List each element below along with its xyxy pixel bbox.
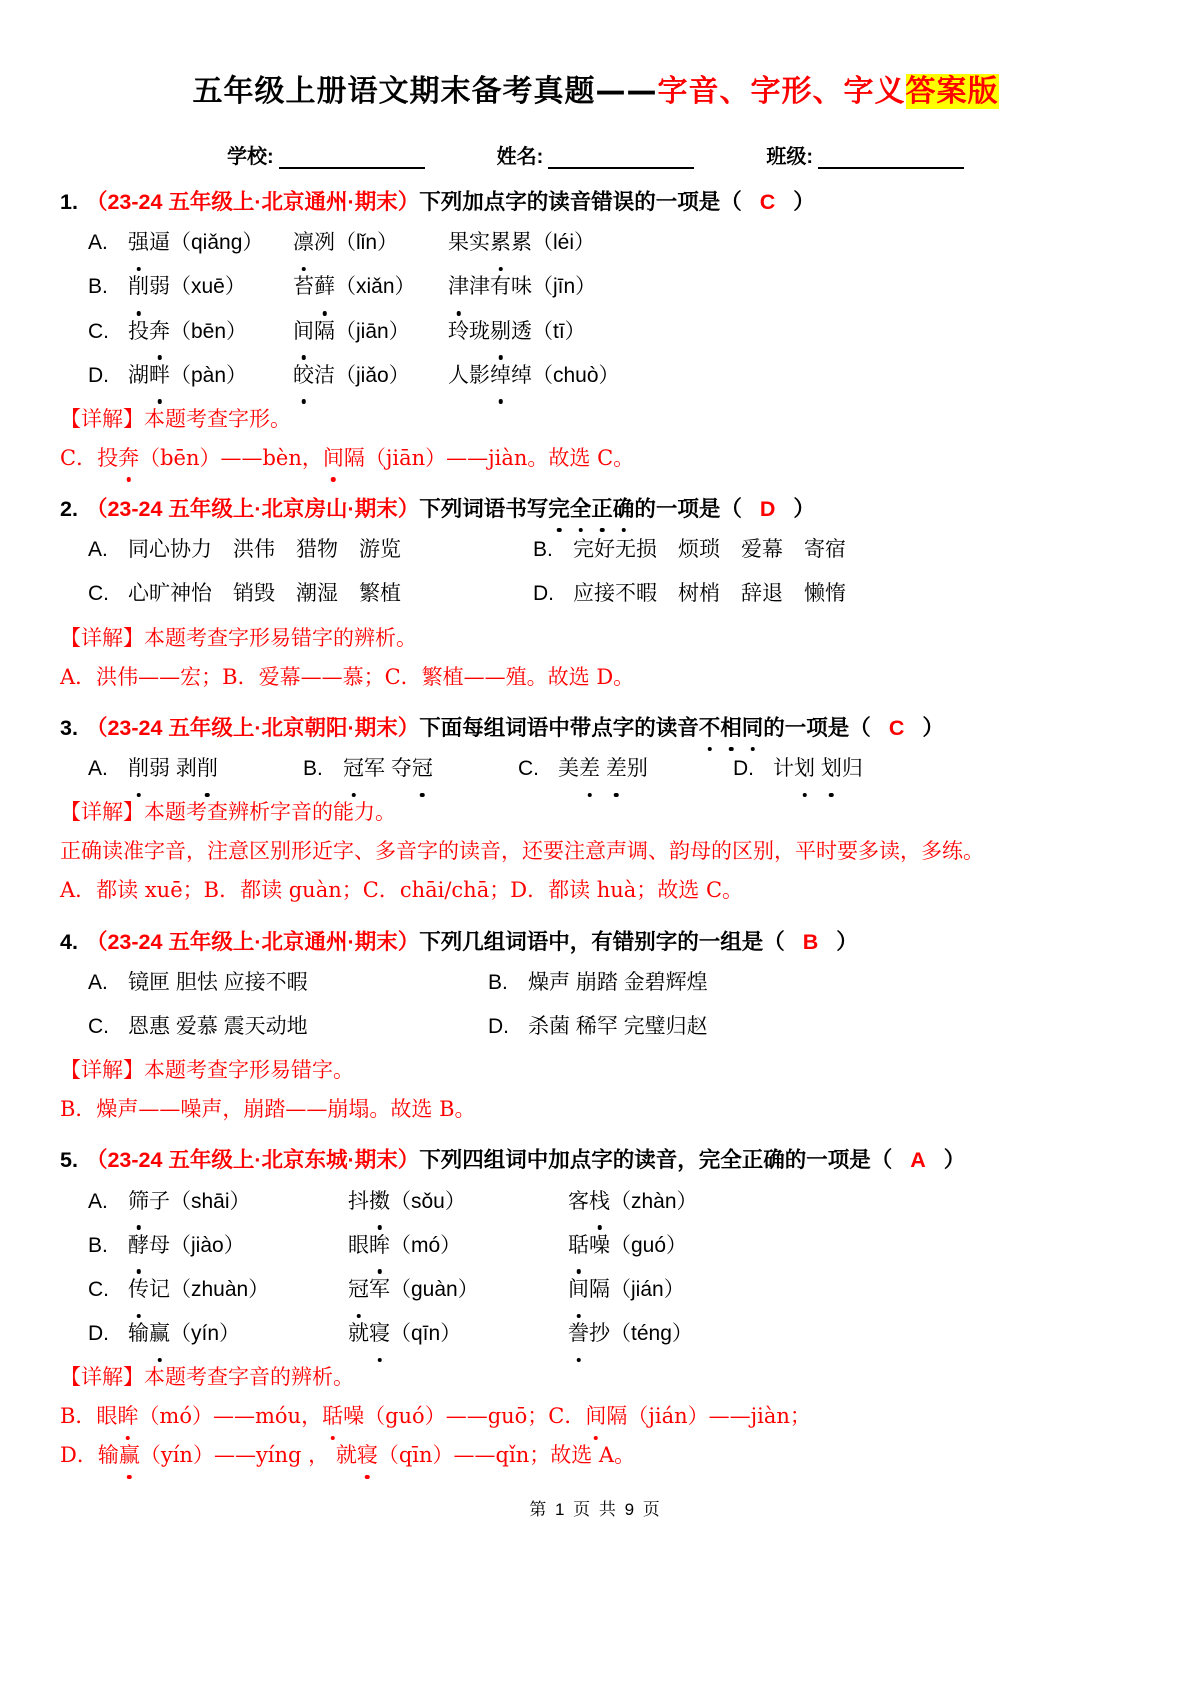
explanation-line: 【详解】本题考查辨析字音的能力。 <box>60 794 1131 830</box>
option-row-c: C.投奔（bēn）间隔（jiān）玲珑剔透（tī） <box>88 310 1131 354</box>
option-words: 应接不暇 树梢 辞退 懒惰 <box>573 572 846 616</box>
option-word: 间隔（jián） <box>568 1268 685 1312</box>
class-blank-line <box>818 145 964 169</box>
option-word: 眼眸（mó） <box>348 1224 568 1268</box>
option-words: 完好无损 烦琐 爱幕 寄宿 <box>573 528 846 572</box>
question-source: （23-24 五年级上·北京东城·期末） <box>86 1148 419 1172</box>
school-field: 学校: <box>227 140 425 169</box>
explanation-line: 【详解】本题考查字音的辨析。 <box>60 1359 1131 1395</box>
option-row-d: D.输赢（yín）就寝（qīn）誊抄（téng） <box>88 1312 1131 1356</box>
question-source: （23-24 五年级上·北京房山·期末） <box>86 497 419 521</box>
option-label: B. <box>488 961 528 1005</box>
option-words: 美差 差别 <box>558 747 648 791</box>
question-text: 下面每组词语中带点字的读音不相同的一项是（ <box>419 716 871 740</box>
option-row-a: A.筛子（shāi）抖擞（sǒu）客栈（zhàn） <box>88 1180 1131 1224</box>
question-1-stem: 1.（23-24 五年级上·北京通州·期末）下列加点字的读音错误的一项是（C） <box>60 185 1131 219</box>
question-text-tail: ） <box>922 716 944 740</box>
question-source: （23-24 五年级上·北京通州·期末） <box>86 190 419 214</box>
question-text-tail: ） <box>944 1148 966 1172</box>
question-3: 3.（23-24 五年级上·北京朝阳·期末）下面每组词语中带点字的读音不相同的一… <box>60 711 1131 909</box>
header-fields: 学校: 姓名: 班级: <box>60 140 1131 169</box>
option-b: B.燥声 崩踏 金碧辉煌 <box>488 961 708 1005</box>
title-black-part: 五年级上册语文期末备考真题—— <box>193 74 658 109</box>
option-label: D. <box>533 572 573 616</box>
option-words: 计划 划归 <box>773 747 863 791</box>
option-row-b: B.酵母（jiào）眼眸（mó）聒噪（guó） <box>88 1224 1131 1268</box>
question-number: 5. <box>60 1148 78 1172</box>
option-label: D. <box>88 354 128 398</box>
option-words: 同心协力 洪伟 猎物 游览 <box>128 528 401 572</box>
document-page: 五年级上册语文期末备考真题——字音、字形、字义答案版 学校: 姓名: 班级: 1… <box>0 0 1191 1684</box>
option-d: D.杀菌 稀罕 完璧归赵 <box>488 1005 708 1049</box>
explanation-line: 【详解】本题考查字形易错字。 <box>60 1052 1131 1088</box>
option-label: B. <box>88 265 128 309</box>
option-word: 投奔（bēn） <box>128 310 293 354</box>
explanation-line: B．燥声——噪声，崩踏——崩塌。故选 B。 <box>60 1091 1131 1127</box>
question-5: 5.（23-24 五年级上·北京东城·期末）下列四组词中加点字的读音，完全正确的… <box>60 1143 1131 1473</box>
option-row-cd: C.心旷神怡 销毁 潮湿 繁植 D.应接不暇 树梢 辞退 懒惰 <box>88 572 1131 616</box>
option-b: B.冠军 夺冠 <box>303 747 518 791</box>
title-highlighted-part: 答案版 <box>906 74 999 109</box>
option-words: 燥声 崩踏 金碧辉煌 <box>528 961 708 1005</box>
option-words: 恩惠 爱慕 震天动地 <box>128 1005 308 1049</box>
question-4: 4.（23-24 五年级上·北京通州·期末）下列几组词语中，有错别字的一组是（B… <box>60 925 1131 1128</box>
option-label: C. <box>88 1005 128 1049</box>
explanation-line: 【详解】本题考查字形。 <box>60 401 1131 437</box>
option-label: C. <box>88 310 128 354</box>
option-word: 间隔（jiān） <box>293 310 448 354</box>
explanation-line: 【详解】本题考查字形易错字的辨析。 <box>60 620 1131 656</box>
option-word: 冠军（guàn） <box>348 1268 568 1312</box>
option-label: B. <box>303 747 343 791</box>
option-word: 抖擞（sǒu） <box>348 1180 568 1224</box>
option-row-c: C.传记（zhuàn）冠军（guàn）间隔（jián） <box>88 1268 1131 1312</box>
option-label: C. <box>88 572 128 616</box>
option-row-d: D.湖畔（pàn）皎洁（jiǎo）人影绰绰（chuò） <box>88 354 1131 398</box>
option-c: C.心旷神怡 销毁 潮湿 繁植 <box>88 572 533 616</box>
option-label: A. <box>88 221 128 265</box>
question-2-stem: 2.（23-24 五年级上·北京房山·期末）下列词语书写完全正确的一项是（D） <box>60 492 1131 526</box>
question-source: （23-24 五年级上·北京通州·期末） <box>86 930 419 954</box>
option-b: B.完好无损 烦琐 爱幕 寄宿 <box>533 528 846 572</box>
option-word: 誊抄（téng） <box>568 1312 693 1356</box>
option-words: 镜匣 胆怯 应接不暇 <box>128 961 308 1005</box>
option-word: 人影绰绰（chuò） <box>448 354 620 398</box>
title-red-part: 字音、字形、字义 <box>658 74 906 109</box>
option-words: 杀菌 稀罕 完璧归赵 <box>528 1005 708 1049</box>
option-words: 削弱 剥削 <box>128 747 218 791</box>
question-text-tail: ） <box>836 930 858 954</box>
option-label: A. <box>88 961 128 1005</box>
option-label: A. <box>88 528 128 572</box>
option-c: C.恩惠 爱慕 震天动地 <box>88 1005 488 1049</box>
option-d: D.应接不暇 树梢 辞退 懒惰 <box>533 572 846 616</box>
option-label: B. <box>88 1224 128 1268</box>
option-word: 输赢（yín） <box>128 1312 348 1356</box>
explanation-line: D．输赢（yín）——yíng ， 就寝（qīn）——qǐn；故选 A。 <box>60 1437 1131 1473</box>
option-label: D. <box>733 747 773 791</box>
option-word: 湖畔（pàn） <box>128 354 293 398</box>
option-word: 削弱（xuē） <box>128 265 293 309</box>
option-word: 强逼（qiǎng） <box>128 221 293 265</box>
explanation-line: A．都读 xuē；B．都读 guàn；C．chāi/chā；D．都读 huà；故… <box>60 872 1131 908</box>
question-number: 1. <box>60 190 78 214</box>
option-a: A.削弱 剥削 <box>88 747 303 791</box>
question-text: 下列加点字的读音错误的一项是（ <box>419 190 742 214</box>
class-label: 班级: <box>766 140 813 169</box>
option-a: A.镜匣 胆怯 应接不暇 <box>88 961 488 1005</box>
option-word: 苔藓（xiǎn） <box>293 265 448 309</box>
option-c: C.美差 差别 <box>518 747 733 791</box>
option-row-ab: A.同心协力 洪伟 猎物 游览 B.完好无损 烦琐 爱幕 寄宿 <box>88 528 1131 572</box>
option-word: 津津有味（jīn） <box>448 265 596 309</box>
page-number: 第 1 页 共 9 页 <box>0 1495 1191 1520</box>
explanation-line: C．投奔（bēn）——bèn，间隔（jiān）——jiàn。故选 C。 <box>60 440 1131 476</box>
question-number: 3. <box>60 716 78 740</box>
question-4-stem: 4.（23-24 五年级上·北京通州·期末）下列几组词语中，有错别字的一组是（B… <box>60 925 1131 959</box>
question-number: 2. <box>60 497 78 521</box>
option-word: 聒噪（guó） <box>568 1224 687 1268</box>
option-word: 筛子（shāi） <box>128 1180 348 1224</box>
answer-letter: A <box>892 1148 944 1172</box>
question-text: 下列几组词语中，有错别字的一组是（ <box>419 930 785 954</box>
answer-letter: D <box>742 497 794 521</box>
name-blank-line <box>548 145 694 169</box>
school-label: 学校: <box>227 140 274 169</box>
question-1: 1.（23-24 五年级上·北京通州·期末）下列加点字的读音错误的一项是（C） … <box>60 185 1131 476</box>
option-word: 酵母（jiào） <box>128 1224 348 1268</box>
question-text-tail: ） <box>793 497 815 521</box>
option-words: 冠军 夺冠 <box>343 747 433 791</box>
page-title: 五年级上册语文期末备考真题——字音、字形、字义答案版 <box>60 66 1131 110</box>
option-label: D. <box>88 1312 128 1356</box>
answer-letter: B <box>785 930 837 954</box>
option-label: A. <box>88 1180 128 1224</box>
question-5-stem: 5.（23-24 五年级上·北京东城·期末）下列四组词中加点字的读音，完全正确的… <box>60 1143 1131 1177</box>
option-word: 果实累累（léi） <box>448 221 595 265</box>
option-d: D.计划 划归 <box>733 747 863 791</box>
answer-letter: C <box>871 716 923 740</box>
option-word: 皎洁（jiǎo） <box>293 354 448 398</box>
explanation-line: A．洪伟——宏；B．爱幕——慕；C．繁植——殖。故选 D。 <box>60 659 1131 695</box>
option-label: A. <box>88 747 128 791</box>
question-text: 下列词语书写完全正确的一项是（ <box>419 497 742 521</box>
answer-letter: C <box>742 190 794 214</box>
option-label: C. <box>88 1268 128 1312</box>
option-row-b: B.削弱（xuē）苔藓（xiǎn）津津有味（jīn） <box>88 265 1131 309</box>
option-a: A.同心协力 洪伟 猎物 游览 <box>88 528 533 572</box>
option-words: 心旷神怡 销毁 潮湿 繁植 <box>128 572 401 616</box>
question-3-stem: 3.（23-24 五年级上·北京朝阳·期末）下面每组词语中带点字的读音不相同的一… <box>60 711 1131 745</box>
name-label: 姓名: <box>497 140 544 169</box>
option-row-abcd: A.削弱 剥削 B.冠军 夺冠 C.美差 差别 D.计划 划归 <box>88 747 1131 791</box>
class-field: 班级: <box>766 140 964 169</box>
option-label: C. <box>518 747 558 791</box>
option-row-a: A.强逼（qiǎng）凛冽（lǐn）果实累累（léi） <box>88 221 1131 265</box>
explanation-line: B．眼眸（mó）——móu，聒噪（guó）——guō；C．间隔（jián）——j… <box>60 1398 1131 1434</box>
question-number: 4. <box>60 930 78 954</box>
question-2: 2.（23-24 五年级上·北京房山·期末）下列词语书写完全正确的一项是（D） … <box>60 492 1131 695</box>
option-word: 传记（zhuàn） <box>128 1268 348 1312</box>
question-text: 下列四组词中加点字的读音，完全正确的一项是（ <box>419 1148 892 1172</box>
option-row-ab: A.镜匣 胆怯 应接不暇 B.燥声 崩踏 金碧辉煌 <box>88 961 1131 1005</box>
name-field: 姓名: <box>497 140 695 169</box>
explanation-line: 正确读准字音，注意区别形近字、多音字的读音，还要注意声调、韵母的区别，平时要多读… <box>60 833 1131 869</box>
option-word: 玲珑剔透（tī） <box>448 310 586 354</box>
option-word: 客栈（zhàn） <box>568 1180 698 1224</box>
question-source: （23-24 五年级上·北京朝阳·期末） <box>86 716 419 740</box>
option-label: D. <box>488 1005 528 1049</box>
school-blank-line <box>279 145 425 169</box>
question-text-tail: ） <box>793 190 815 214</box>
option-row-cd: C.恩惠 爱慕 震天动地 D.杀菌 稀罕 完璧归赵 <box>88 1005 1131 1049</box>
option-label: B. <box>533 528 573 572</box>
option-word: 就寝（qīn） <box>348 1312 568 1356</box>
option-word: 凛冽（lǐn） <box>293 221 448 265</box>
